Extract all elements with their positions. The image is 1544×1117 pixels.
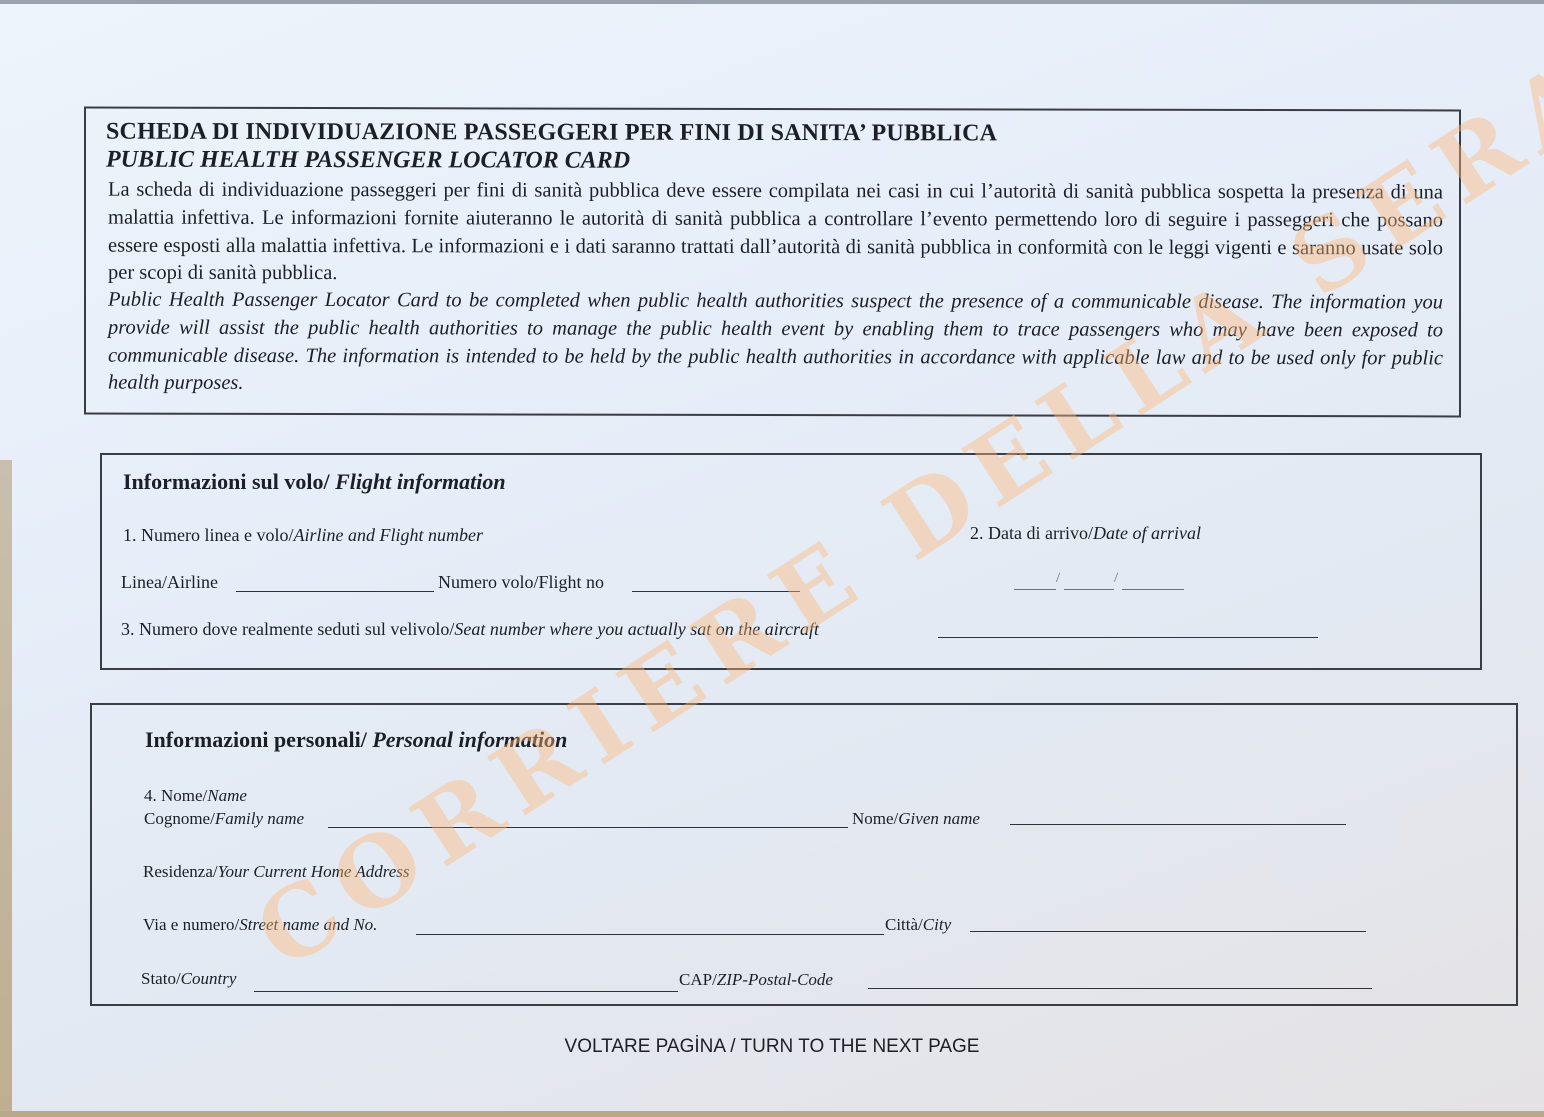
- question-airline-flight-number: 1. Numero linea e volo/Airline and Fligh…: [123, 525, 483, 546]
- arrival-day-field[interactable]: [1014, 589, 1056, 590]
- city-field[interactable]: [970, 931, 1366, 932]
- paper-edge-top: [0, 0, 1544, 4]
- seat-number-field[interactable]: [938, 637, 1318, 638]
- intro-section: SCHEDA DI INDIVIDUAZIONE PASSEGGERI PER …: [84, 107, 1461, 418]
- city-label: Città/City: [885, 915, 951, 935]
- intro-paragraph-italian: La scheda di individuazione passeggeri p…: [108, 177, 1443, 291]
- arrival-month-field[interactable]: [1064, 589, 1114, 590]
- street-label: Via e numero/Street name and No.: [143, 915, 377, 935]
- form-title-italian: SCHEDA DI INDIVIDUAZIONE PASSEGGERI PER …: [106, 119, 997, 148]
- flight-section-title: Informazioni sul volo/ Flight informatio…: [123, 469, 506, 495]
- turn-page-note: VOLTARE PAGİNA / TURN TO THE NEXT PAGE: [0, 1036, 1544, 1058]
- airline-field[interactable]: [236, 591, 434, 592]
- personal-information-section: Informazioni personali/ Personal informa…: [90, 703, 1518, 1006]
- question-date-of-arrival: 2. Data di arrivo/Date of arrival: [970, 523, 1201, 544]
- question-name: 4. Nome/Name: [144, 786, 247, 806]
- zip-field[interactable]: [868, 988, 1372, 989]
- question-seat-number: 3. Numero dove realmente seduti sul veli…: [121, 619, 819, 640]
- form-title-english: PUBLIC HEALTH PASSENGER LOCATOR CARD: [106, 147, 630, 175]
- zip-label: CAP/ZIP-Postal-Code: [679, 970, 833, 990]
- street-field[interactable]: [416, 934, 884, 935]
- personal-section-title: Informazioni personali/ Personal informa…: [145, 727, 567, 753]
- residence-label: Residenza/Your Current Home Address: [143, 862, 410, 882]
- country-label: Stato/Country: [141, 969, 236, 989]
- family-name-field[interactable]: [328, 827, 848, 828]
- given-name-field[interactable]: [1010, 824, 1346, 825]
- table-surface-left: [0, 460, 12, 1117]
- table-surface-bottom: [0, 1111, 1544, 1117]
- intro-paragraph-english: Public Health Passenger Locator Card to …: [108, 287, 1443, 401]
- flight-number-label: Numero volo/Flight no: [438, 572, 604, 593]
- flight-information-section: Informazioni sul volo/ Flight informatio…: [100, 453, 1482, 670]
- airline-label: Linea/Airline: [121, 572, 218, 593]
- date-separator: /: [1114, 570, 1118, 587]
- given-name-label: Nome/Given name: [852, 809, 980, 829]
- country-field[interactable]: [254, 991, 678, 992]
- date-separator: /: [1056, 570, 1060, 587]
- family-name-label: Cognome/Family name: [144, 809, 304, 829]
- flight-number-field[interactable]: [632, 591, 800, 592]
- arrival-year-field[interactable]: [1122, 589, 1184, 590]
